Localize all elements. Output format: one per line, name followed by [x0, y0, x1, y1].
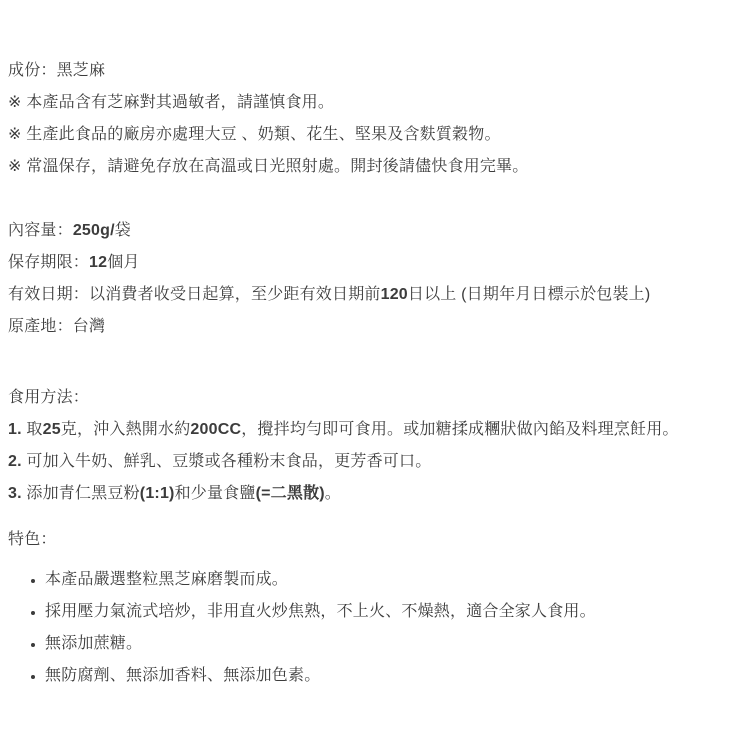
usage-step-1: 1. 取25克，沖入熱開水約200CC，攪拌均勻即可食用。或加糖揉成糰狀做內餡及…	[8, 414, 730, 446]
features-list: 本產品嚴選整粒黑芝麻磨製而成。 採用壓力氣流式培炒，非用直火炒焦熟，不上火、不燥…	[8, 564, 730, 692]
origin-line: 原產地：台灣	[8, 311, 730, 343]
feature-item: 無添加蔗糖。	[45, 628, 730, 660]
feature-item: 採用壓力氣流式培炒，非用直火炒焦熟，不上火、不燥熱，適合全家人食用。	[45, 596, 730, 628]
net-content-line: 內容量：250g/袋	[8, 215, 730, 247]
usage-step-3: 3. 添加青仁黑豆粉(1:1)和少量食鹽(=二黑散)。	[8, 478, 730, 510]
features-heading: 特色：	[8, 524, 730, 556]
feature-item: 無防腐劑、無添加香料、無添加色素。	[45, 660, 730, 692]
allergen-warning-line: ※ 本產品含有芝麻對其過敏者，請謹慎食用。	[8, 87, 730, 119]
feature-item: 本產品嚴選整粒黑芝麻磨製而成。	[45, 564, 730, 596]
shelf-life-line: 保存期限：12個月	[8, 247, 730, 279]
storage-warning-line: ※ 常溫保存，請避免存放在高溫或日光照射處。開封後請儘快食用完畢。	[8, 151, 730, 183]
product-description-page: 成份：黑芝麻 ※ 本產品含有芝麻對其過敏者，請謹慎食用。 ※ 生產此食品的廠房亦…	[0, 0, 750, 750]
ingredients-line: 成份：黑芝麻	[8, 55, 730, 87]
expiry-date-line: 有效日期：以消費者收受日起算，至少距有效日期前120日以上 (日期年月日標示於包…	[8, 279, 730, 311]
usage-step-2: 2. 可加入牛奶、鮮乳、豆漿或各種粉末食品，更芳香可口。	[8, 446, 730, 478]
usage-heading: 食用方法：	[8, 382, 730, 414]
facility-warning-line: ※ 生產此食品的廠房亦處理大豆 、奶類、花生、堅果及含麩質穀物。	[8, 119, 730, 151]
blank-line	[8, 183, 730, 215]
